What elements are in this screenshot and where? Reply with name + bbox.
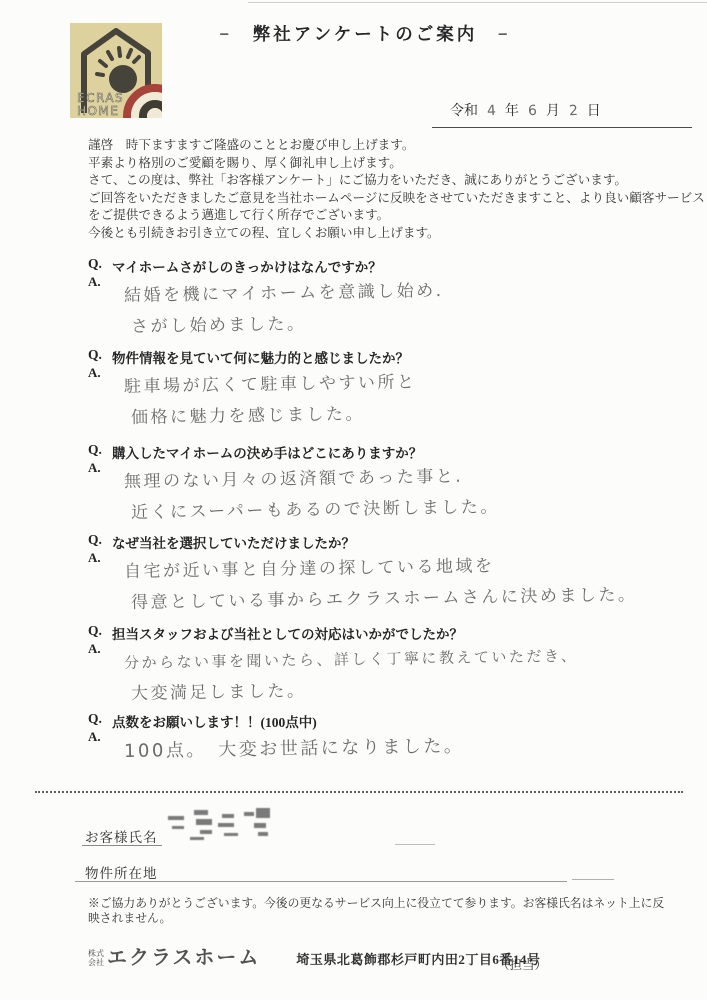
property-location-line-short <box>572 879 614 880</box>
date-underline <box>432 127 692 128</box>
question-text: マイホームさがしのきっかけはなんですか？ <box>112 256 382 276</box>
question-text: なぜ当社を選択していただけましたか？ <box>112 532 355 552</box>
date-month-unit: 月 <box>546 104 560 119</box>
customer-name-underline <box>82 845 162 846</box>
property-location-line <box>75 881 567 882</box>
answer-label: A. <box>88 274 101 290</box>
question-text: 点数をお願いします！！(100点中) <box>112 711 317 731</box>
answer-label: A. <box>88 460 101 476</box>
qa-block-6: Q. 点数をお願いします！！(100点中) A. 100点。 大変お世話になりま… <box>88 711 663 767</box>
date-era-label: 令和 <box>450 104 478 119</box>
question-label: Q. <box>88 442 112 462</box>
qa-block-1: Q. マイホームさがしのきっかけはなんですか？ A. 結婚を機にマイホームを意識… <box>88 256 663 343</box>
document-date: 令和4年6月2日 <box>450 100 695 120</box>
customer-name-faint-line <box>395 844 435 845</box>
date-month-handwritten: 6 <box>528 103 538 119</box>
scan-edge-line <box>248 2 707 3</box>
handwritten-answer-line: 100点。 大変お世話になりました。 <box>124 728 663 767</box>
question-text: 担当スタッフおよび当社としての対応はいかがでしたか？ <box>112 623 463 643</box>
greeting-line: 今後とも引続きお引き立ての程、宜しくお願い申し上げます。 <box>88 226 683 241</box>
qa-block-3: Q. 購入したマイホームの決め手はどこにありますか？ A. 無理のない月々の返済… <box>88 442 663 529</box>
svg-text:HOME: HOME <box>77 104 119 118</box>
question-text: 物件情報を見ていて何に魅力的と感じましたか？ <box>112 347 409 367</box>
question-label: Q. <box>88 532 112 552</box>
answer-label: A. <box>88 550 101 566</box>
greeting-line: 平素より格別のご愛顧を賜り、厚く御礼申し上げます。 <box>88 156 683 171</box>
qa-block-4: Q. なぜ当社を選択していただけましたか？ A. 自宅が近い事と自分達の探してい… <box>88 532 663 619</box>
answer-label: A. <box>88 365 101 381</box>
date-year-handwritten: 4 <box>487 103 497 119</box>
company-footer: 株式 会社 エクラスホーム 埼玉県北葛飾郡杉戸町内田2丁目6番14号 <box>88 941 540 970</box>
footer-note-line: 映されません。 <box>88 911 694 926</box>
date-day-handwritten: 2 <box>568 103 578 119</box>
company-prefix: 株式 会社 <box>88 950 104 970</box>
qa-block-5: Q. 担当スタッフおよび当社としての対応はいかがでしたか？ A. 分からない事を… <box>88 623 663 710</box>
answer-label: A. <box>88 729 101 745</box>
greeting-line: をご提供できるよう邁進して行く所存でございます。 <box>88 208 683 223</box>
question-label: Q. <box>88 256 112 276</box>
date-year-unit: 年 <box>505 104 519 119</box>
customer-name-redacted <box>160 806 310 849</box>
answer-label: A. <box>88 641 101 657</box>
dotted-separator <box>35 791 683 793</box>
page-title: − 弊社アンケートのご案内 − <box>0 21 707 46</box>
qa-block-2: Q. 物件情報を見ていて何に魅力的と感じましたか？ A. 駐車場が広くて駐車しや… <box>88 347 663 434</box>
greeting-line: 謹啓 時下ますますご隆盛のこととお慶び申し上げます。 <box>88 138 683 153</box>
company-prefix-bottom: 会社 <box>88 959 104 968</box>
staff-label: （担当） <box>497 955 547 973</box>
question-label: Q. <box>88 711 112 731</box>
property-location-label: 物件所在地 <box>85 862 158 882</box>
question-label: Q. <box>88 623 112 643</box>
footer-note-line: ※ご協力ありがとうございます。今後の更なるサービス向上に役立てて参ります。お客様… <box>88 896 694 911</box>
company-name: エクラスホーム <box>107 941 260 970</box>
greeting-line: ご回答をいただきましたご意見を当社ホームページに反映をさせていただきますこと、よ… <box>88 191 683 206</box>
svg-text:ECRAS: ECRAS <box>77 91 124 105</box>
question-label: Q. <box>88 347 112 367</box>
question-text: 購入したマイホームの決め手はどこにありますか？ <box>112 442 422 462</box>
greeting-line: さて、この度は、弊社「お客様アンケート」にご協力をいただき、誠にありがとうござい… <box>88 173 683 188</box>
customer-name-label: お客様氏名 <box>85 826 158 846</box>
date-day-unit: 日 <box>587 104 601 119</box>
footer-note: ※ご協力ありがとうございます。今後の更なるサービス向上に役立てて参ります。お客様… <box>88 896 694 926</box>
greeting-paragraph: 謹啓 時下ますますご隆盛のこととお慶び申し上げます。 平素より格別のご愛顧を賜り… <box>88 138 683 244</box>
